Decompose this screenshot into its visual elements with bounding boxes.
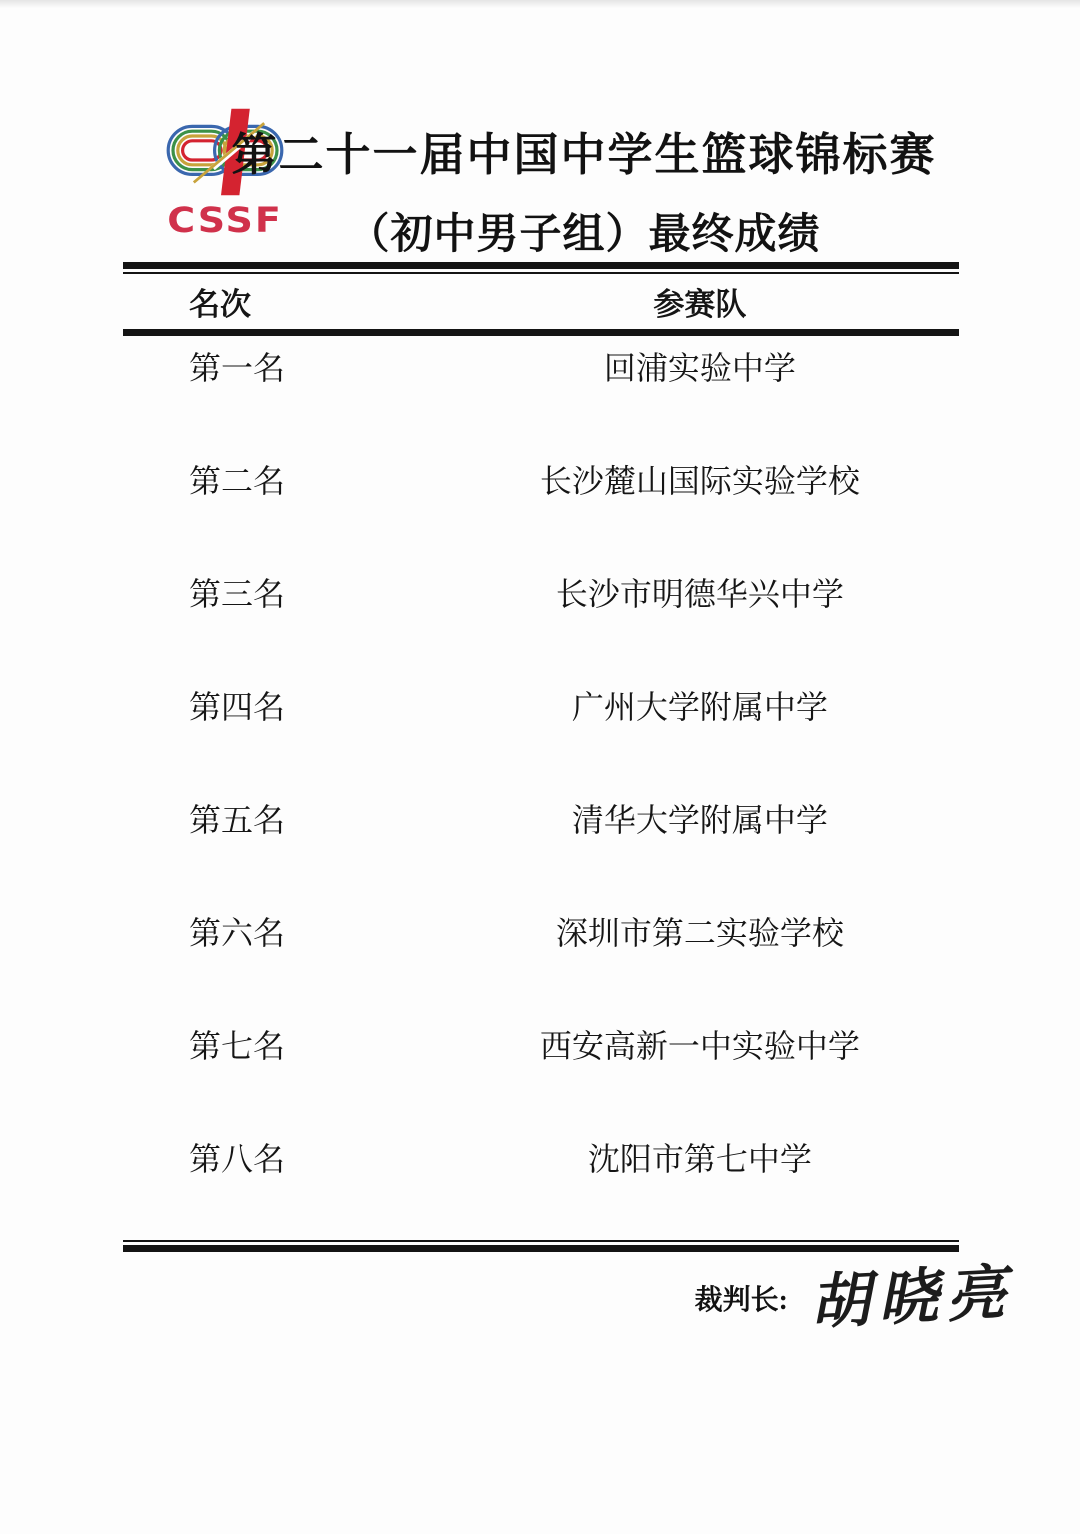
table-row: 第一名 回浦实验中学 [123, 336, 959, 449]
rank-cell: 第七名 [123, 1028, 441, 1127]
title-line1: 第二十一届中国中学生篮球锦标赛 [88, 130, 1080, 180]
table-row: 第二名 长沙麓山国际实验学校 [123, 449, 959, 562]
team-cell: 清华大学附属中学 [441, 802, 959, 901]
document-titles: 第二十一届中国中学生篮球锦标赛 （初中男子组）最终成绩 [88, 130, 1080, 261]
table-row: 第六名 深圳市第二实验学校 [123, 901, 959, 1014]
team-cell: 长沙麓山国际实验学校 [441, 463, 959, 562]
rank-cell: 第六名 [123, 915, 441, 1014]
table-row: 第七名 西安高新一中实验中学 [123, 1014, 959, 1127]
table-row: 第八名 沈阳市第七中学 [123, 1127, 959, 1240]
team-cell: 长沙市明德华兴中学 [441, 576, 959, 675]
table-header-row: 名次 参赛队 [123, 274, 959, 329]
team-cell: 深圳市第二实验学校 [441, 915, 959, 1014]
table-row: 第四名 广州大学附属中学 [123, 675, 959, 788]
document-page: CSSF 第二十一届中国中学生篮球锦标赛 （初中男子组）最终成绩 名次 参赛队 … [0, 0, 1080, 1534]
table-header-divider [123, 329, 959, 336]
column-header-team: 参赛队 [441, 279, 959, 324]
rank-cell: 第四名 [123, 689, 441, 788]
scan-edge [0, 0, 1080, 8]
table-row: 第三名 长沙市明德华兴中学 [123, 562, 959, 675]
table-body: 第一名 回浦实验中学 第二名 长沙麓山国际实验学校 第三名 长沙市明德华兴中学 … [123, 336, 959, 1240]
referee-label: 裁判长: [695, 1278, 788, 1318]
rank-cell: 第二名 [123, 463, 441, 562]
team-cell: 沈阳市第七中学 [441, 1141, 959, 1240]
team-cell: 回浦实验中学 [441, 350, 959, 449]
table-row: 第五名 清华大学附属中学 [123, 788, 959, 901]
referee-signature-block: 裁判长: 胡晓亮 [0, 1268, 1014, 1328]
team-cell: 西安高新一中实验中学 [441, 1028, 959, 1127]
results-table: 名次 参赛队 第一名 回浦实验中学 第二名 长沙麓山国际实验学校 第三名 长沙市… [123, 262, 959, 1252]
rank-cell: 第五名 [123, 802, 441, 901]
column-header-rank: 名次 [123, 279, 441, 324]
rank-cell: 第八名 [123, 1141, 441, 1240]
rank-cell: 第一名 [123, 350, 441, 449]
table-top-rule-thick [123, 262, 959, 269]
team-cell: 广州大学附属中学 [441, 689, 959, 788]
table-bottom-rule-thick [123, 1245, 959, 1252]
rank-cell: 第三名 [123, 576, 441, 675]
title-line2: （初中男子组）最终成绩 [88, 201, 1080, 261]
referee-signature: 胡晓亮 [809, 1263, 1016, 1334]
